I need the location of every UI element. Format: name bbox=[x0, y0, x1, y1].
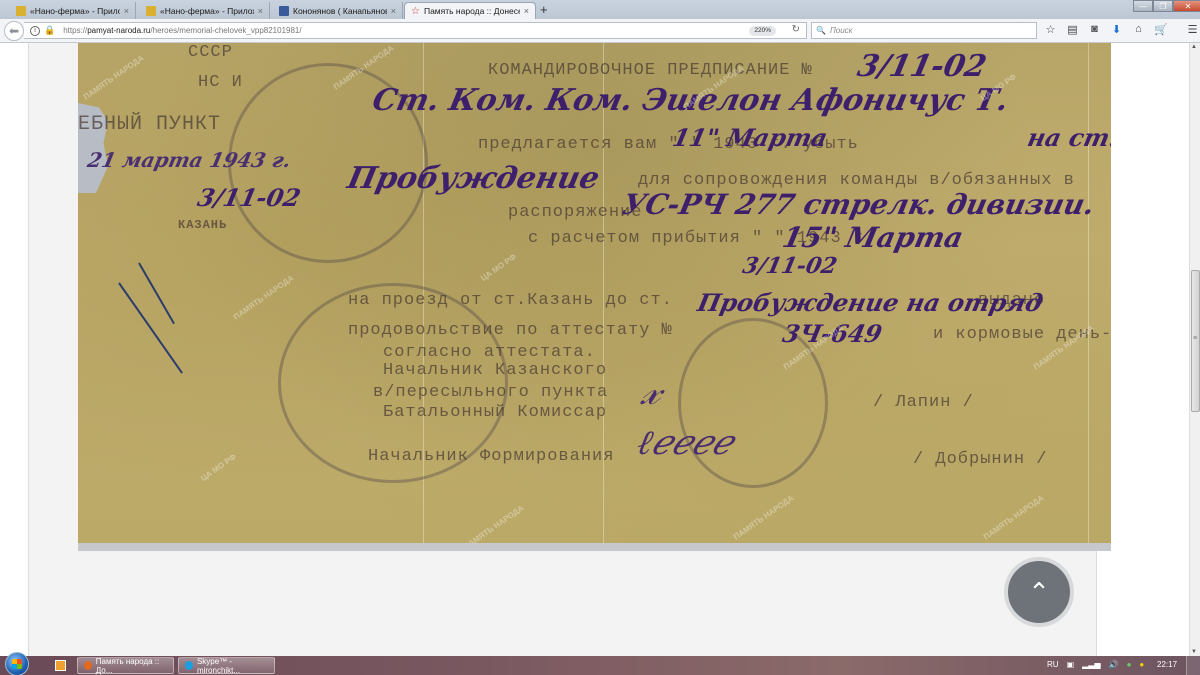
typed-text: НС И bbox=[198, 73, 243, 92]
typed-signature-name: / Лапин / bbox=[873, 393, 974, 412]
typed-text: в/пересыльного пункта bbox=[373, 383, 608, 402]
signature-lapin: 𝓍 bbox=[638, 368, 667, 414]
task-label: Skype™ - mironchikt... bbox=[197, 657, 268, 675]
watermark: ПАМЯТЬ НАРОДА bbox=[732, 493, 795, 541]
close-tab-icon[interactable]: × bbox=[391, 6, 396, 16]
browser-tab-strip: «Нано-ферма» - Приложен × «Нано-ферма» -… bbox=[0, 0, 1200, 19]
tab-kononyanov[interactable]: Кононянов ( Канапьянов) К × bbox=[273, 2, 403, 19]
show-desktop-button[interactable] bbox=[1186, 656, 1200, 675]
start-button[interactable] bbox=[5, 652, 29, 675]
notification-icon[interactable]: ● bbox=[1139, 660, 1144, 669]
media-player-quicklaunch-icon[interactable] bbox=[55, 660, 66, 671]
watermark: ЦА МО РФ bbox=[199, 452, 238, 483]
usb-device-icon[interactable]: ● bbox=[1127, 660, 1132, 669]
zoom-level-badge[interactable]: 220% bbox=[749, 26, 776, 36]
archival-document-image[interactable]: СССР НС И КОМАНДИРОВОЧНОЕ ПРЕДПИСАНИЕ № … bbox=[78, 43, 1111, 551]
tab-nano-ferma-1[interactable]: «Нано-ферма» - Приложен × bbox=[10, 2, 136, 19]
clipboard-icon[interactable]: ▤ bbox=[1066, 23, 1079, 36]
typed-text: СССР bbox=[188, 43, 233, 62]
close-window-button[interactable]: ✕ bbox=[1173, 0, 1200, 12]
close-tab-icon[interactable]: × bbox=[258, 6, 263, 16]
close-tab-icon[interactable]: × bbox=[524, 6, 529, 16]
typed-text: Начальник Казанского bbox=[383, 361, 607, 380]
handwritten-text: 3/11-02 bbox=[195, 183, 303, 212]
close-tab-icon[interactable]: × bbox=[124, 6, 129, 16]
minimize-button[interactable]: — bbox=[1133, 0, 1153, 12]
page-scrollbar[interactable]: ▲ ▼ bbox=[1189, 43, 1200, 656]
chevron-up-icon: ⌃ bbox=[1028, 577, 1050, 608]
fold-line bbox=[1088, 43, 1089, 551]
network-manager-icon[interactable]: ▣ bbox=[1067, 660, 1075, 669]
signal-icon[interactable]: ▂▃▅ bbox=[1082, 660, 1100, 669]
handwritten-text: Пробуждение на отряд bbox=[695, 288, 1046, 317]
handwritten-text: УС-РЧ 277 стрелк. дивизии. bbox=[619, 188, 1097, 221]
typed-text: на проезд от ст.Казань до ст. bbox=[348, 291, 673, 310]
desktop: «Нано-ферма» - Приложен × «Нано-ферма» -… bbox=[0, 0, 1200, 675]
watermark: ПАМЯТЬ НАРОДА bbox=[82, 53, 145, 101]
typed-text: Батальонный Комиссар bbox=[383, 403, 607, 422]
watermark: ЦА МО РФ bbox=[479, 252, 518, 283]
scroll-to-top-button[interactable]: ⌃ bbox=[1004, 557, 1074, 627]
pencil-scribble bbox=[118, 282, 183, 373]
app-favicon-icon bbox=[16, 6, 26, 16]
document-bottom-edge bbox=[78, 543, 1111, 551]
language-indicator[interactable]: RU bbox=[1047, 660, 1059, 669]
window-controls: — ❐ ✕ bbox=[1133, 0, 1200, 12]
menu-icon[interactable]: ☰ bbox=[1186, 23, 1199, 36]
lock-icon[interactable]: 🔒 bbox=[44, 25, 55, 36]
pocket-icon[interactable]: ◙ bbox=[1088, 23, 1101, 36]
profile-favicon-icon bbox=[279, 6, 289, 16]
toolbar-icons: ☆ ▤ ◙ ⬇ ⌂ 🛒 ☰ bbox=[1044, 23, 1199, 36]
tab-nano-ferma-2[interactable]: «Нано-ферма» - Приложен × bbox=[140, 2, 270, 19]
taskbar-item-firefox[interactable]: Память народа :: До... bbox=[77, 657, 174, 674]
handwritten-text: на ст. bbox=[1025, 123, 1111, 152]
tab-title: «Нано-ферма» - Приложен bbox=[30, 6, 120, 16]
reload-icon[interactable]: ↻ bbox=[792, 24, 800, 35]
handwritten-text: 3/11-02 bbox=[740, 253, 839, 279]
signature-dobrynin: ℓℯℯℯℯ bbox=[634, 423, 737, 463]
handwritten-text: Пробуждение bbox=[344, 161, 602, 196]
url-text[interactable]: https://pamyat-naroda.ru/heroes/memorial… bbox=[63, 26, 301, 35]
address-bar[interactable]: i 🔒 https://pamyat-naroda.ru/heroes/memo… bbox=[24, 22, 807, 39]
restore-button[interactable]: ❐ bbox=[1153, 0, 1173, 12]
tab-title: «Нано-ферма» - Приложен bbox=[160, 6, 254, 16]
star-favicon-icon: ☆ bbox=[411, 6, 420, 17]
search-placeholder: Поиск bbox=[830, 26, 852, 35]
back-button[interactable]: ⬅ bbox=[4, 21, 24, 41]
typed-text: продовольствие по аттестату № bbox=[348, 321, 673, 340]
typed-text: КАЗАНЬ bbox=[178, 218, 227, 232]
cart-icon[interactable]: 🛒 bbox=[1154, 23, 1167, 36]
tab-pamyat-naroda[interactable]: ☆ Память народа :: Донесени × bbox=[404, 2, 536, 19]
arrow-left-icon: ⬅ bbox=[9, 24, 19, 38]
scrollbar-thumb[interactable] bbox=[1191, 270, 1200, 412]
page-content: СССР НС И КОМАНДИРОВОЧНОЕ ПРЕДПИСАНИЕ № … bbox=[0, 43, 1189, 656]
tab-title: Кононянов ( Канапьянов) К bbox=[293, 6, 387, 16]
home-icon[interactable]: ⌂ bbox=[1132, 23, 1145, 36]
handwritten-text: 3/11-02 bbox=[854, 49, 989, 84]
task-label: Память народа :: До... bbox=[96, 657, 167, 675]
watermark: ПАМЯТЬ НАРОДА bbox=[982, 493, 1045, 541]
info-icon[interactable]: i bbox=[30, 26, 40, 36]
scroll-down-arrow-icon[interactable]: ▼ bbox=[1191, 649, 1197, 655]
app-favicon-icon bbox=[146, 6, 156, 16]
star-icon[interactable]: ☆ bbox=[1044, 23, 1057, 36]
handwritten-text: 15" Марта bbox=[779, 221, 966, 254]
taskbar-item-skype[interactable]: Skype™ - mironchikt... bbox=[178, 657, 275, 674]
typed-text: ЕБНЫЙ ПУНКТ bbox=[78, 113, 221, 136]
windows-taskbar: Память народа :: До... Skype™ - mironchi… bbox=[0, 656, 1200, 675]
document-heading: КОМАНДИРОВОЧНОЕ ПРЕДПИСАНИЕ № bbox=[488, 61, 813, 80]
scroll-up-arrow-icon[interactable]: ▲ bbox=[1191, 44, 1197, 50]
volume-icon[interactable]: 🔊 bbox=[1109, 660, 1119, 669]
handwritten-text: 21 марта 1943 г. bbox=[85, 148, 293, 172]
download-icon[interactable]: ⬇ bbox=[1110, 23, 1123, 36]
typed-signature-name: / Добрынин / bbox=[913, 450, 1047, 469]
navigation-bar: ⬅ i 🔒 https://pamyat-naroda.ru/heroes/me… bbox=[0, 19, 1200, 43]
search-icon: 🔍 bbox=[816, 26, 826, 35]
pencil-scribble bbox=[138, 263, 175, 325]
system-tray: RU ▣ ▂▃▅ 🔊 ● ● bbox=[1047, 660, 1144, 669]
system-clock[interactable]: 22:17 bbox=[1157, 660, 1177, 669]
watermark: ПАМЯТЬ НАРОДА bbox=[232, 273, 295, 321]
firefox-icon bbox=[84, 661, 92, 670]
search-input[interactable]: 🔍 Поиск bbox=[811, 22, 1037, 39]
typed-text: Начальник Формирования bbox=[368, 447, 614, 466]
handwritten-text: 11" Марта bbox=[670, 123, 830, 152]
tab-title: Память народа :: Донесени bbox=[424, 6, 520, 16]
new-tab-button[interactable]: + bbox=[540, 2, 548, 17]
typed-text: согласно аттестата. bbox=[383, 343, 596, 362]
skype-icon bbox=[185, 661, 193, 670]
